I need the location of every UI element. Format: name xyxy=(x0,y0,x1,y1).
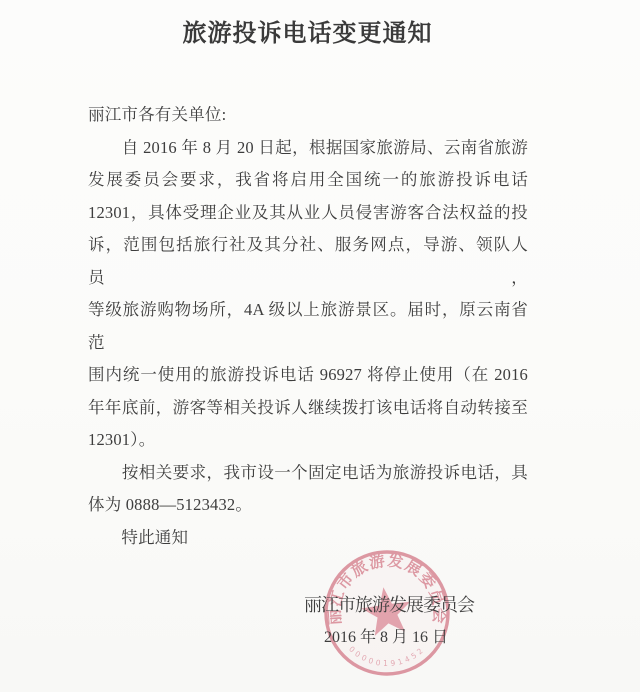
body-line: 按相关要求，我市设一个固定电话为旅游投诉电话，具 xyxy=(88,457,528,490)
document-body: 丽江市各有关单位: 自 2016 年 8 月 20 日起，根据国家旅游局、云南省… xyxy=(88,99,528,554)
body-line: 特此通知 xyxy=(88,522,528,555)
body-line: 年年底前，游客等相关投诉人继续拨打该电话将自动转接至 xyxy=(88,392,528,425)
body-line: 12301）。 xyxy=(88,424,528,457)
signature-org: 丽江市旅游发展委员会 xyxy=(304,591,474,617)
body-line: 等级旅游购物场所，4A 级以上旅游景区。届时，原云南省范 xyxy=(88,294,528,359)
document-title: 旅游投诉电话变更通知 xyxy=(0,13,615,48)
signature-date: 2016 年 8 月 16 日 xyxy=(324,624,448,647)
body-line: 诉，范围包括旅行社及其分社、服务网点，导游、领队人员， xyxy=(88,229,528,294)
body-line: 自 2016 年 8 月 20 日起，根据国家旅游局、云南省旅游 xyxy=(88,132,528,165)
body-line: 围内统一使用的旅游投诉电话 96927 将停止使用（在 2016 xyxy=(88,359,528,392)
body-line: 发展委员会要求，我省将启用全国统一的旅游投诉电话 xyxy=(88,164,528,197)
body-line: 丽江市各有关单位: xyxy=(88,99,528,132)
body-line: 体为 0888—5123432。 xyxy=(88,489,528,522)
notice-document-page: 旅游投诉电话变更通知 丽江市各有关单位: 自 2016 年 8 月 20 日起，… xyxy=(0,0,640,692)
body-line: 12301，具体受理企业及其从业人员侵害游客合法权益的投 xyxy=(88,197,528,230)
